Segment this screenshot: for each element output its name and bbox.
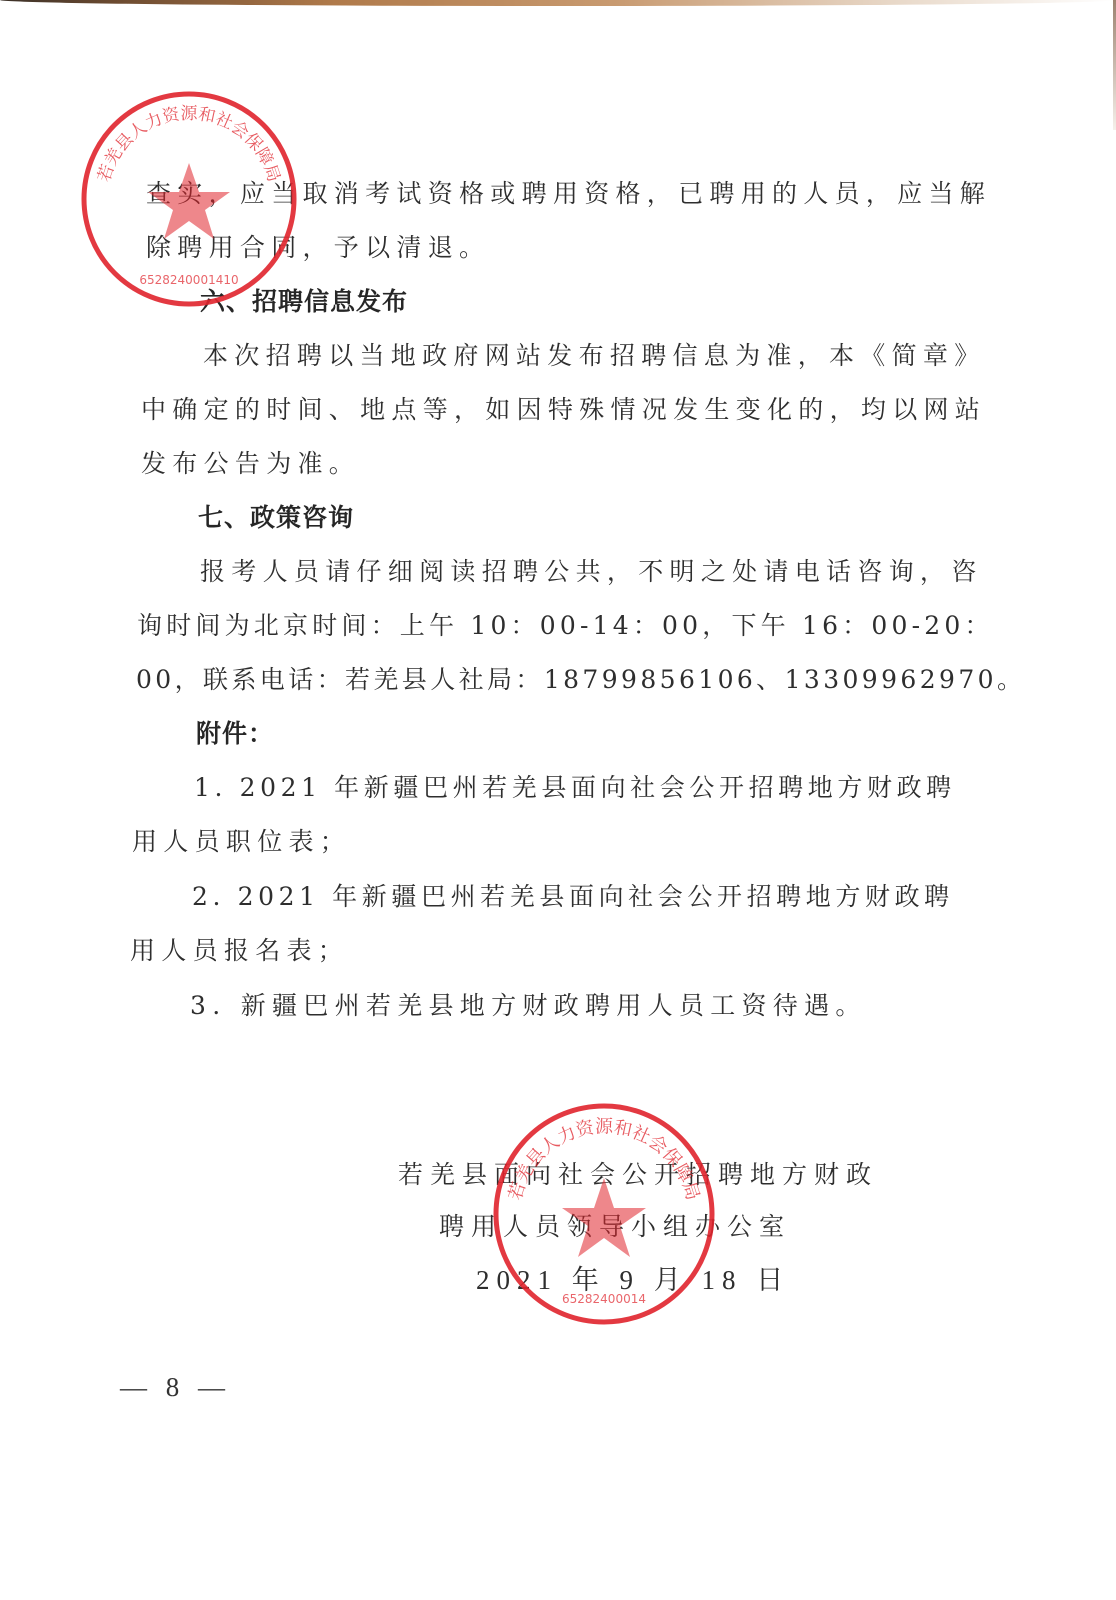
attachments-heading: 附件： (196, 719, 274, 749)
attachment-item-2-cont: 用人员报名表； (130, 936, 349, 966)
section-heading-info-release: 六、招聘信息发布 (200, 287, 408, 317)
paragraph-line: 报考人员请仔细阅读招聘公共，不明之处请电话咨询，咨 (200, 557, 983, 587)
paragraph-line: 本次招聘以当地政府网站发布招聘信息为准，本《简章》 (203, 341, 986, 371)
paragraph-line: 中确定的时间、地点等，如因特殊情况发生变化的，均以网站 (141, 395, 986, 425)
signature-date: 2021 年 9 月 18 日 (476, 1265, 790, 1295)
scan-top-edge (0, 0, 1116, 6)
page-number: — 8 — (120, 1372, 231, 1403)
attachment-item-1-cont: 用人员职位表； (132, 827, 351, 857)
attachment-item-2: 2. 2021 年新疆巴州若羌县面向社会公开招聘地方财政聘 (192, 882, 954, 912)
paragraph-line: 询时间为北京时间：上午 10：00-14：00，下午 16：00-20： (137, 611, 994, 641)
attachment-item-1: 1. 2021 年新疆巴州若羌县面向社会公开招聘地方财政聘 (194, 773, 956, 803)
section-heading-policy-consult: 七、政策咨询 (198, 503, 354, 533)
signature-org-line2: 聘用人员领导小组办公室 (439, 1212, 791, 1242)
contact-phone-line: 00，联系电话：若羌县人社局：18799856106、13309962970。 (136, 665, 1025, 695)
paragraph-line: 发布公告为准。 (141, 449, 360, 479)
svg-text:6528240001410: 6528240001410 (139, 273, 238, 287)
paragraph-line: 除聘用合同，予以清退。 (146, 233, 490, 263)
attachment-item-3: 3. 新疆巴州若羌县地方财政聘用人员工资待遇。 (190, 991, 867, 1021)
svg-text:若羌县人力资源和社会保障局: 若羌县人力资源和社会保障局 (94, 104, 283, 184)
paragraph-line: 查实，应当取消考试资格或聘用资格，已聘用的人员，应当解 (146, 179, 991, 209)
signature-org-line1: 若羌县面向社会公开招聘地方财政 (398, 1160, 878, 1190)
